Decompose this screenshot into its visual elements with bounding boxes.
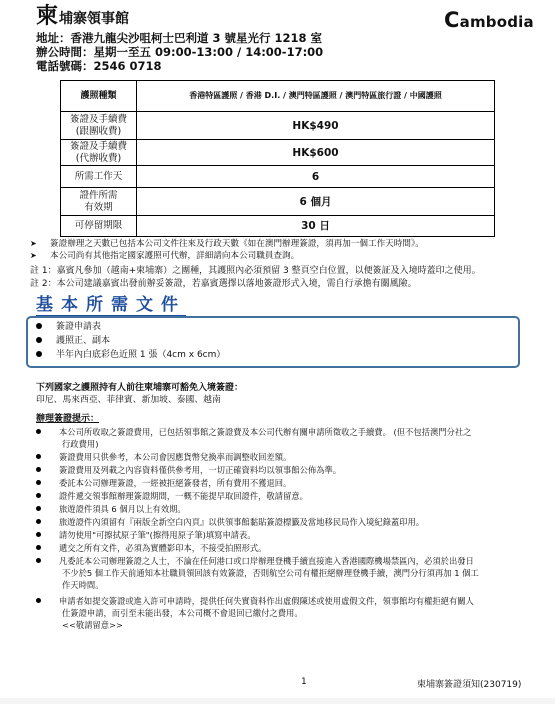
bullet-icon <box>36 337 42 343</box>
list-item: 旅遊證件內須留有『兩版全新空白內頁』以供領事館黏貼簽證標籤及當地移民局作入境紀錄… <box>36 516 424 528</box>
row-label: 簽證及手續費(代辦收費) <box>61 140 137 166</box>
section-title-required-docs: 基本所需文件 <box>36 296 186 316</box>
row-label: 所需工作天 <box>61 166 137 188</box>
row-value: 30 日 <box>137 216 495 237</box>
list-item: 凡委託本公司辦理簽證之人士，不論在任何港口或口岸辦理登機手續直接進入香港國際機場… <box>36 555 474 567</box>
fee-table: 護照種類 香港特區護照 / 香港 D.I. / 澳門特區護照 / 澳門特區旅行證… <box>60 80 495 237</box>
bullet-icon <box>36 519 41 524</box>
table-row: 簽證及手續費(代辦收費) HK$600 <box>61 140 495 166</box>
bullet-icon <box>36 351 42 357</box>
phone: 電話號碼：2546 0718 <box>36 59 162 74</box>
arrow-bullet-icon: ➤ <box>30 250 50 262</box>
passport-type-value: 香港特區護照 / 香港 D.I. / 澳門特區護照 / 澳門特區旅行證 / 中國… <box>137 81 495 112</box>
table-row: 可停留期限 30 日 <box>61 216 495 237</box>
row-value: HK$490 <box>137 112 495 140</box>
list-item: 簽證費用及列載之內容資料僅供參考用，一切正確資料均以領事館公佈為準。 <box>36 464 341 476</box>
row-value: 6 <box>137 166 495 188</box>
logo-cap: C <box>444 8 460 32</box>
bullet-icon <box>36 532 41 537</box>
remark-2: 註 2：本公司建議嘉賓出發前辦妥簽證，若嘉賓選擇以落地簽證形式入境，需自行承擔有… <box>30 279 417 291</box>
bullet-icon <box>36 467 41 472</box>
list-item: 申請者如提交簽證或進入許可申請時，提供任何失實資料作出虛假陳述或使用虛假文件，領… <box>36 595 474 607</box>
list-item: 護照正、副本 <box>36 334 110 349</box>
tips-heading: 辦理簽證提示： <box>36 411 99 424</box>
list-item-continuation: 不少於5 個工作天前通知本社職員領回該有效簽證，否則航空公司有權拒絕辦理登機手續… <box>62 567 479 579</box>
row-value: HK$600 <box>137 140 495 166</box>
document-page: 柬埔寨領事館 Cambodia 地址：香港九龍尖沙咀柯士巴利道 3 號星光行 1… <box>0 0 555 698</box>
address: 地址：香港九龍尖沙咀柯士巴利道 3 號星光行 1218 室 <box>36 31 322 46</box>
title-rest: 埔寨領事館 <box>59 11 129 27</box>
row-label: 可停留期限 <box>61 216 137 237</box>
remark-1: 註 1：嘉賓凡參加（越南+柬埔寨）之團種，其護照內必須預留 3 整頁空白位置，以… <box>30 266 481 278</box>
bullet-icon <box>36 558 41 563</box>
table-header-row: 護照種類 香港特區護照 / 香港 D.I. / 澳門特區護照 / 澳門特區旅行證… <box>61 81 495 112</box>
bullet-icon <box>36 480 41 485</box>
list-item-continuation: 行政費用) <box>62 438 98 450</box>
table-row: 證件所需有效期 6 個月 <box>61 188 495 216</box>
row-value: 6 個月 <box>137 188 495 216</box>
arrow-note: ➤簽證辦理之天數已包括本公司文件往來及行政天數《如在澳門辦理簽證，須再加一個工作… <box>30 238 424 251</box>
title-first-char: 柬 <box>36 4 58 29</box>
list-item: 請勿使用"可擦拭原子筆"(擦得甩原子筆)填寫申請表。 <box>36 529 256 541</box>
list-item-continuation: <<敬請留意>> <box>62 619 123 631</box>
bullet-icon <box>36 454 41 459</box>
consulate-title: 柬埔寨領事館 <box>36 6 129 30</box>
document-reference: 柬埔寨簽證須知(230719) <box>417 677 521 690</box>
visa-free-countries: 印尼、馬來西亞、菲律賓、新加坡、泰國、越南 <box>36 392 221 405</box>
list-item: 簽證費用只供參考，本公司會因應貨幣兌換率而調整收回差額。 <box>36 451 291 463</box>
arrow-bullet-icon: ➤ <box>30 238 50 250</box>
office-hours: 辦公時間：星期一至五 09:00-13:00 / 14:00-17:00 <box>36 45 323 60</box>
list-item: 證件遞交領事館辦理簽證期間，一概不能提早取回證件，敬請留意。 <box>36 490 308 502</box>
table-row: 簽證及手續費(跟團收費) HK$490 <box>61 112 495 140</box>
bullet-icon <box>36 545 41 550</box>
list-item: 遞交之所有文件，必須為實體影印本，不接受拍照形式。 <box>36 542 266 554</box>
bullet-icon <box>36 323 42 329</box>
list-item-continuation: 作天時間。 <box>62 579 104 591</box>
row-label: 簽證及手續費(跟團收費) <box>61 112 137 140</box>
list-item: 半年內白底彩色近照 1 張（4cm x 6cm） <box>36 348 225 363</box>
list-item: 旅遊證件須具 6 個月以上有效期。 <box>36 503 186 515</box>
logo-rest: ambodia <box>460 13 534 31</box>
bullet-icon <box>36 493 41 498</box>
cambodia-logo: Cambodia <box>444 8 534 32</box>
bullet-icon <box>36 429 41 434</box>
list-item: 委託本公司辦理簽證，一經被拒絕簽發者，所有費用不獲退回。 <box>36 477 291 489</box>
bullet-icon <box>36 598 41 603</box>
list-item: 簽證申請表 <box>36 320 101 335</box>
passport-type-label: 護照種類 <box>61 81 137 112</box>
table-row: 所需工作天 6 <box>61 166 495 188</box>
list-item-continuation: 仕簽證申請，而引至未能出發，本公司概不會退回已繳付之費用。 <box>62 607 303 619</box>
page-number: 1 <box>301 677 307 687</box>
list-item: 本公司所收取之簽證費用，已包括領事館之簽證費及本公司代辦有關申請所徵收之手續費。… <box>36 426 471 438</box>
row-label: 證件所需有效期 <box>61 188 137 216</box>
bullet-icon <box>36 506 41 511</box>
arrow-note: ➤本公司尚有其他指定國家護照可代辦，詳細請向本公司職員查詢。 <box>30 250 299 263</box>
